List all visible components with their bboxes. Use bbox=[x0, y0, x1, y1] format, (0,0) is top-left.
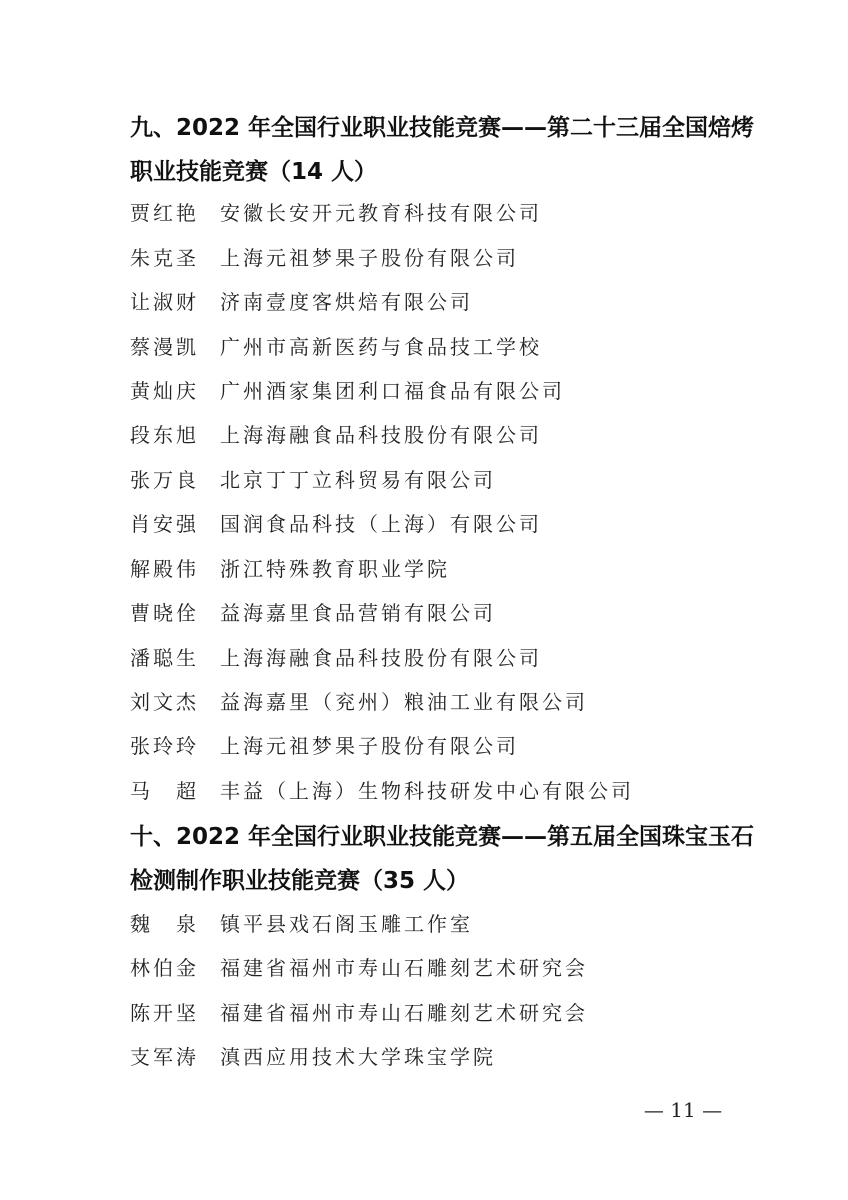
person-name: 黄灿庆 bbox=[130, 376, 220, 406]
list-item: 让淑财济南壹度客烘焙有限公司 bbox=[130, 287, 473, 317]
organization: 福建省福州市寿山石雕刻艺术研究会 bbox=[220, 953, 588, 983]
list-item: 张玲玲上海元祖梦果子股份有限公司 bbox=[130, 731, 519, 761]
list-item: 黄灿庆广州酒家集团利口福食品有限公司 bbox=[130, 376, 565, 406]
person-name: 刘文杰 bbox=[130, 687, 220, 717]
person-name: 朱克圣 bbox=[130, 243, 220, 273]
page-number: — 11 — bbox=[638, 1098, 728, 1122]
heading-line: 九、2022 年全国行业职业技能竞赛——第二十三届全国焙烤 bbox=[130, 106, 730, 150]
list-item: 支军涛滇西应用技术大学珠宝学院 bbox=[130, 1042, 496, 1072]
list-item: 潘聪生上海海融食品科技股份有限公司 bbox=[130, 643, 542, 673]
organization: 国润食品科技（上海）有限公司 bbox=[220, 509, 542, 539]
list-item: 蔡漫凯广州市高新医药与食品技工学校 bbox=[130, 332, 542, 362]
organization: 镇平县戏石阁玉雕工作室 bbox=[220, 909, 473, 939]
list-item: 曹晓佺益海嘉里食品营销有限公司 bbox=[130, 598, 496, 628]
list-item: 刘文杰益海嘉里（兖州）粮油工业有限公司 bbox=[130, 687, 588, 717]
list-item: 肖安强国润食品科技（上海）有限公司 bbox=[130, 509, 542, 539]
person-name: 贾红艳 bbox=[130, 198, 220, 228]
organization: 北京丁丁立科贸易有限公司 bbox=[220, 465, 496, 495]
heading-line: 十、2022 年全国行业职业技能竞赛——第五届全国珠宝玉石 bbox=[130, 815, 730, 859]
organization: 上海海融食品科技股份有限公司 bbox=[220, 420, 542, 450]
section-heading-9: 九、2022 年全国行业职业技能竞赛——第二十三届全国焙烤 职业技能竞赛（14 … bbox=[130, 106, 730, 194]
person-name: 马 超 bbox=[130, 776, 220, 806]
list-item: 朱克圣上海元祖梦果子股份有限公司 bbox=[130, 243, 519, 273]
organization: 上海海融食品科技股份有限公司 bbox=[220, 643, 542, 673]
person-name: 支军涛 bbox=[130, 1042, 220, 1072]
person-name: 潘聪生 bbox=[130, 643, 220, 673]
organization: 广州酒家集团利口福食品有限公司 bbox=[220, 376, 565, 406]
list-item: 陈开坚福建省福州市寿山石雕刻艺术研究会 bbox=[130, 998, 588, 1028]
person-name: 张玲玲 bbox=[130, 731, 220, 761]
organization: 安徽长安开元教育科技有限公司 bbox=[220, 198, 542, 228]
section-heading-10: 十、2022 年全国行业职业技能竞赛——第五届全国珠宝玉石 检测制作职业技能竞赛… bbox=[130, 815, 730, 903]
organization: 益海嘉里食品营销有限公司 bbox=[220, 598, 496, 628]
organization: 广州市高新医药与食品技工学校 bbox=[220, 332, 542, 362]
organization: 济南壹度客烘焙有限公司 bbox=[220, 287, 473, 317]
list-item: 段东旭上海海融食品科技股份有限公司 bbox=[130, 420, 542, 450]
person-name: 蔡漫凯 bbox=[130, 332, 220, 362]
list-item: 林伯金福建省福州市寿山石雕刻艺术研究会 bbox=[130, 953, 588, 983]
person-name: 张万良 bbox=[130, 465, 220, 495]
person-name: 让淑财 bbox=[130, 287, 220, 317]
list-item: 张万良北京丁丁立科贸易有限公司 bbox=[130, 465, 496, 495]
person-name: 林伯金 bbox=[130, 953, 220, 983]
list-item: 贾红艳安徽长安开元教育科技有限公司 bbox=[130, 198, 542, 228]
heading-line: 职业技能竞赛（14 人） bbox=[130, 150, 730, 194]
list-item: 马 超丰益（上海）生物科技研发中心有限公司 bbox=[130, 776, 634, 806]
person-name: 解殿伟 bbox=[130, 554, 220, 584]
list-item: 魏 泉镇平县戏石阁玉雕工作室 bbox=[130, 909, 473, 939]
document-page: 九、2022 年全国行业职业技能竞赛——第二十三届全国焙烤 职业技能竞赛（14 … bbox=[0, 0, 848, 1200]
organization: 丰益（上海）生物科技研发中心有限公司 bbox=[220, 776, 634, 806]
heading-line: 检测制作职业技能竞赛（35 人） bbox=[130, 859, 730, 903]
person-name: 曹晓佺 bbox=[130, 598, 220, 628]
organization: 上海元祖梦果子股份有限公司 bbox=[220, 243, 519, 273]
list-item: 解殿伟浙江特殊教育职业学院 bbox=[130, 554, 450, 584]
person-name: 陈开坚 bbox=[130, 998, 220, 1028]
organization: 益海嘉里（兖州）粮油工业有限公司 bbox=[220, 687, 588, 717]
organization: 浙江特殊教育职业学院 bbox=[220, 554, 450, 584]
person-name: 魏 泉 bbox=[130, 909, 220, 939]
organization: 滇西应用技术大学珠宝学院 bbox=[220, 1042, 496, 1072]
organization: 福建省福州市寿山石雕刻艺术研究会 bbox=[220, 998, 588, 1028]
person-name: 段东旭 bbox=[130, 420, 220, 450]
organization: 上海元祖梦果子股份有限公司 bbox=[220, 731, 519, 761]
person-name: 肖安强 bbox=[130, 509, 220, 539]
